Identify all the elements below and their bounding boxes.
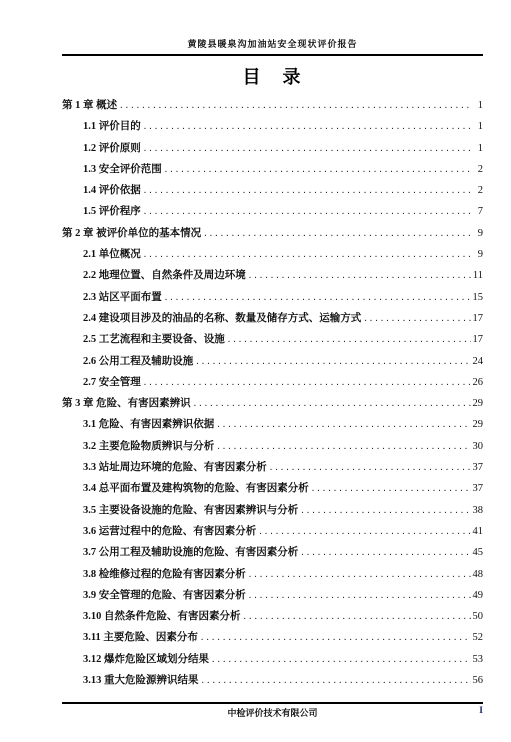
toc-list: 第 1 章 概述 ...............................…: [62, 95, 483, 691]
toc-entry-label: 1.5 评价程序: [83, 201, 141, 222]
toc-dot-leader: ........................................…: [249, 265, 471, 286]
toc-dot-leader: ........................................…: [301, 500, 470, 521]
toc-entry-label: 第 3 章 危险、有害因素辨识: [62, 393, 191, 414]
toc-entry-page-number: 24: [473, 351, 484, 372]
toc-dot-leader: ........................................…: [144, 244, 471, 265]
toc-dot-leader: ........................................…: [228, 329, 471, 350]
toc-entry: 3.9 安全管理的危险、有害因素分析 .....................…: [62, 585, 483, 606]
toc-entry: 3.8 检维修过程的危险有害因素分析 .....................…: [62, 564, 483, 585]
toc-dot-leader: ........................................…: [212, 649, 471, 670]
toc-dot-leader: ........................................…: [244, 606, 471, 627]
toc-dot-leader: ........................................…: [144, 180, 471, 201]
toc-dot-leader: ........................................…: [312, 478, 471, 499]
toc-dot-leader: ........................................…: [364, 308, 470, 329]
toc-entry-page-number: 49: [473, 585, 484, 606]
toc-entry-label: 2.7 安全管理: [83, 372, 141, 393]
toc-entry: 3.1 危险、有害因素辨识依据 ........................…: [62, 414, 483, 435]
toc-entry-page-number: 2: [473, 159, 483, 180]
toc-entry-label: 1.4 评价依据: [83, 180, 141, 201]
toc-entry-page-number: 56: [473, 670, 484, 691]
footer-divider: [62, 702, 483, 704]
toc-entry-label: 3.12 爆炸危险区域划分结果: [83, 649, 209, 670]
toc-entry-page-number: 17: [473, 308, 484, 329]
toc-dot-leader: ........................................…: [144, 372, 471, 393]
toc-entry-page-number: 17: [473, 329, 484, 350]
toc-entry: 3.4 总平面布置及建构筑物的危险、有害因素分析 ...............…: [62, 478, 483, 499]
toc-entry-label: 1.1 评价目的: [83, 116, 141, 137]
toc-entry: 3.10 自然条件危险、有害因素分析 .....................…: [62, 606, 483, 627]
toc-entry-page-number: 45: [473, 542, 484, 563]
toc-entry: 2.2 地理位置、自然条件及周边环境 .....................…: [62, 265, 483, 286]
toc-dot-leader: ........................................…: [165, 159, 471, 180]
report-header-title: 黄陵县暖泉沟加油站安全现状评价报告: [62, 37, 483, 50]
toc-entry-page-number: 37: [473, 457, 484, 478]
toc-dot-leader: ........................................…: [201, 627, 471, 648]
toc-entry: 3.3 站址周边环境的危险、有害因素分析 ...................…: [62, 457, 483, 478]
toc-entry: 2.3 站区平面布置 .............................…: [62, 287, 483, 308]
footer-page-number: I: [62, 706, 483, 716]
toc-entry: 3.7 公用工程及辅助设施的危险、有害因素分析 ................…: [62, 542, 483, 563]
toc-entry-page-number: 9: [473, 223, 483, 244]
toc-entry-label: 2.3 站区平面布置: [83, 287, 162, 308]
toc-entry: 1.5 评价程序 ...............................…: [62, 201, 483, 222]
toc-entry-page-number: 29: [473, 393, 484, 414]
toc-entry-page-number: 1: [473, 116, 483, 137]
toc-entry-page-number: 2: [473, 180, 483, 201]
toc-dot-leader: ........................................…: [194, 393, 471, 414]
toc-entry-label: 1.2 评价原则: [83, 138, 141, 159]
toc-entry-label: 2.6 公用工程及辅助设施: [83, 351, 193, 372]
toc-entry-label: 3.1 危险、有害因素辨识依据: [83, 414, 214, 435]
toc-entry-label: 3.3 站址周边环境的危险、有害因素分析: [83, 457, 267, 478]
toc-entry-page-number: 9: [473, 244, 483, 265]
toc-entry: 1.2 评价原则 ...............................…: [62, 138, 483, 159]
toc-entry: 2.1 单位概况 ...............................…: [62, 244, 483, 265]
toc-entry-page-number: 15: [473, 287, 484, 308]
toc-entry: 3.13 重大危险源辨识结果 .........................…: [62, 670, 483, 691]
toc-entry: 3.2 主要危险物质辨识与分析 ........................…: [62, 436, 483, 457]
toc-entry: 3.12 爆炸危险区域划分结果 ........................…: [62, 649, 483, 670]
toc-entry-page-number: 30: [473, 436, 484, 457]
toc-entry-label: 3.4 总平面布置及建构筑物的危险、有害因素分析: [83, 478, 309, 499]
toc-dot-leader: ........................................…: [217, 436, 470, 457]
toc-entry-label: 3.11 主要危险、因素分布: [83, 627, 198, 648]
toc-entry-label: 3.7 公用工程及辅助设施的危险、有害因素分析: [83, 542, 298, 563]
toc-dot-leader: ........................................…: [301, 542, 470, 563]
toc-entry-page-number: 11: [473, 265, 483, 286]
toc-entry-page-number: 41: [473, 521, 484, 542]
toc-entry: 2.5 工艺流程和主要设备、设施 .......................…: [62, 329, 483, 350]
toc-entry-page-number: 52: [473, 627, 484, 648]
toc-entry-label: 2.4 建设项目涉及的油品的名称、数量及储存方式、运输方式: [83, 308, 361, 329]
toc-entry-page-number: 38: [473, 500, 484, 521]
toc-entry-label: 3.6 运营过程中的危险、有害因素分析: [83, 521, 256, 542]
toc-dot-leader: ........................................…: [144, 116, 471, 137]
toc-entry: 2.6 公用工程及辅助设施 ..........................…: [62, 351, 483, 372]
toc-entry: 3.6 运营过程中的危险、有害因素分析 ....................…: [62, 521, 483, 542]
toc-dot-leader: ........................................…: [165, 287, 471, 308]
toc-dot-leader: ........................................…: [120, 95, 471, 116]
toc-entry-page-number: 29: [473, 414, 484, 435]
toc-entry-page-number: 50: [473, 606, 484, 627]
toc-entry: 1.1 评价目的 ...............................…: [62, 116, 483, 137]
header-divider: [62, 54, 483, 56]
toc-entry-label: 2.2 地理位置、自然条件及周边环境: [83, 265, 246, 286]
toc-dot-leader: ........................................…: [144, 201, 471, 222]
toc-entry-label: 2.1 单位概况: [83, 244, 141, 265]
toc-entry: 第 3 章 危险、有害因素辨识 ........................…: [62, 393, 483, 414]
toc-entry: 2.4 建设项目涉及的油品的名称、数量及储存方式、运输方式 ..........…: [62, 308, 483, 329]
toc-entry: 2.7 安全管理 ...............................…: [62, 372, 483, 393]
toc-title: 目 录: [62, 63, 483, 89]
toc-entry-label: 第 1 章 概述: [62, 95, 117, 116]
toc-entry: 1.4 评价依据 ...............................…: [62, 180, 483, 201]
toc-dot-leader: ........................................…: [259, 521, 470, 542]
toc-entry-label: 1.3 安全评价范围: [83, 159, 162, 180]
toc-entry: 第 1 章 概述 ...............................…: [62, 95, 483, 116]
toc-entry: 第 2 章 被评价单位的基本情况 .......................…: [62, 223, 483, 244]
toc-dot-leader: ........................................…: [202, 670, 471, 691]
toc-dot-leader: ........................................…: [217, 414, 470, 435]
toc-entry-page-number: 1: [473, 95, 483, 116]
toc-entry-label: 3.9 安全管理的危险、有害因素分析: [83, 585, 246, 606]
toc-dot-leader: ........................................…: [249, 585, 471, 606]
toc-entry-label: 3.2 主要危险物质辨识与分析: [83, 436, 214, 457]
toc-dot-leader: ........................................…: [249, 564, 471, 585]
toc-dot-leader: ........................................…: [204, 223, 471, 244]
toc-dot-leader: ........................................…: [144, 138, 471, 159]
toc-entry-label: 3.10 自然条件危险、有害因素分析: [83, 606, 241, 627]
toc-entry-page-number: 37: [473, 478, 484, 499]
toc-entry: 3.11 主要危险、因素分布 .........................…: [62, 627, 483, 648]
document-page: 黄陵县暖泉沟加油站安全现状评价报告 目 录 第 1 章 概述 .........…: [0, 0, 511, 742]
toc-entry-label: 2.5 工艺流程和主要设备、设施: [83, 329, 225, 350]
toc-entry-label: 3.5 主要设备设施的危险、有害因素辨识与分析: [83, 500, 298, 521]
toc-entry-page-number: 48: [473, 564, 484, 585]
toc-entry-label: 3.13 重大危险源辨识结果: [83, 670, 199, 691]
toc-entry-page-number: 53: [473, 649, 484, 670]
toc-entry-label: 3.8 检维修过程的危险有害因素分析: [83, 564, 246, 585]
toc-entry: 1.3 安全评价范围 .............................…: [62, 159, 483, 180]
toc-entry-page-number: 26: [473, 372, 484, 393]
toc-entry: 3.5 主要设备设施的危险、有害因素辨识与分析 ................…: [62, 500, 483, 521]
toc-entry-label: 第 2 章 被评价单位的基本情况: [62, 223, 201, 244]
toc-entry-page-number: 7: [473, 201, 483, 222]
toc-dot-leader: ........................................…: [270, 457, 471, 478]
toc-entry-page-number: 1: [473, 138, 483, 159]
toc-dot-leader: ........................................…: [196, 351, 470, 372]
